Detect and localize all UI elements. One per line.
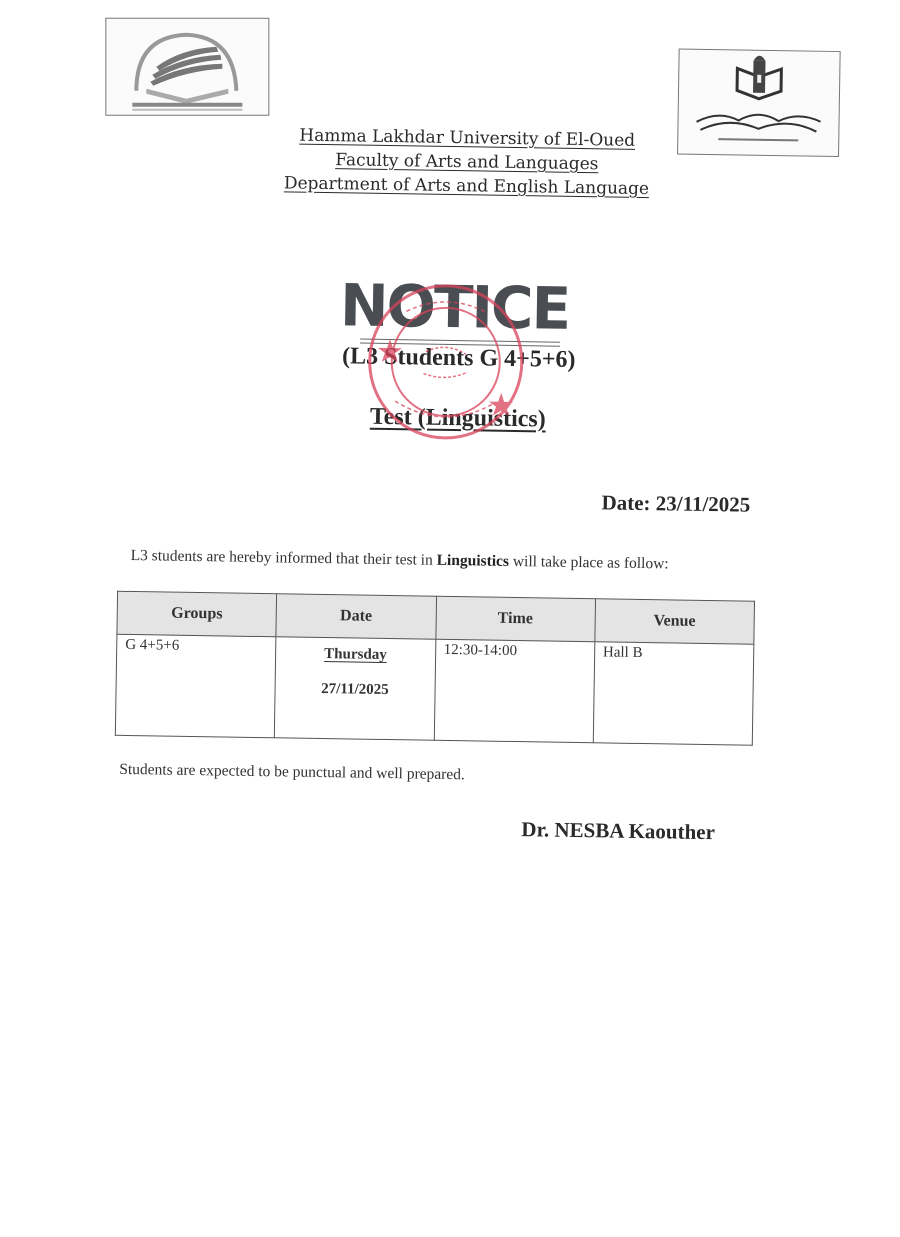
cell-groups: G 4+5+6 — [115, 634, 276, 737]
notice-subtitle: (L3 Students G 4+5+6) — [304, 343, 614, 375]
faculty-logo-icon — [678, 50, 840, 157]
test-title: Test (Linguistics) — [333, 403, 583, 434]
closing-text: Students are expected to be punctual and… — [119, 761, 465, 784]
cell-date: Thursday 27/11/2025 — [275, 637, 436, 740]
test-title-text: Test (Linguistics) — [370, 404, 546, 433]
cell-full-date: 27/11/2025 — [284, 680, 426, 699]
notice-date: Date: 23/11/2025 — [601, 490, 750, 517]
table-row: G 4+5+6 Thursday 27/11/2025 12:30-14:00 … — [115, 634, 754, 745]
header-time: Time — [435, 596, 595, 641]
intro-subject: Linguistics — [437, 552, 510, 570]
cell-venue: Hall B — [593, 642, 754, 745]
signature: Dr. NESBA Kaouther — [521, 817, 715, 845]
cell-day: Thursday — [284, 645, 426, 664]
notice-document: Hamma Lakhdar University of El-Oued Facu… — [0, 0, 900, 1237]
institution-header: Hamma Lakhdar University of El-Oued Facu… — [246, 123, 687, 202]
intro-text-after: will take place as follow: — [509, 553, 669, 573]
faculty-name: Faculty of Arts and Languages — [335, 150, 598, 174]
university-logo — [105, 18, 269, 116]
faculty-logo — [677, 49, 841, 158]
university-name: Hamma Lakhdar University of El-Oued — [299, 126, 635, 151]
intro-paragraph: L3 students are hereby informed that the… — [131, 547, 669, 573]
header-venue: Venue — [595, 599, 755, 644]
header-date: Date — [276, 594, 436, 639]
department-name: Department of Arts and English Language — [284, 173, 649, 199]
notice-title: NOTICE — [334, 270, 575, 344]
intro-text-before: L3 students are hereby informed that the… — [131, 547, 437, 569]
header-groups: Groups — [117, 591, 277, 636]
schedule-table: Groups Date Time Venue G 4+5+6 Thursday … — [115, 591, 755, 746]
university-logo-icon — [106, 19, 268, 115]
cell-time: 12:30-14:00 — [434, 639, 595, 742]
